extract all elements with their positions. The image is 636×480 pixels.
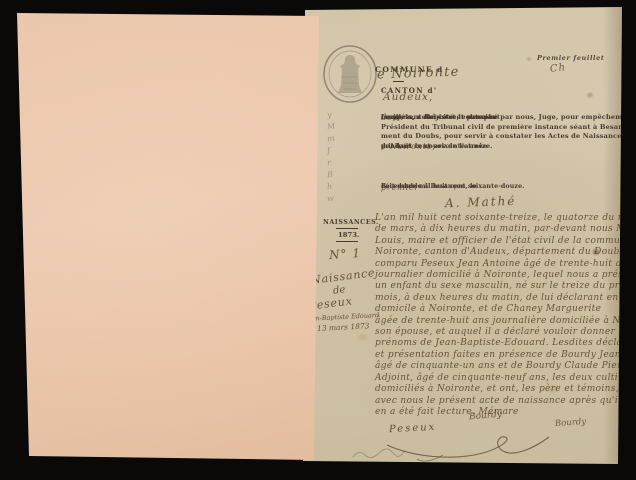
act-line: domicile à Noironte, et de Chaney Margue… xyxy=(375,304,621,315)
birth-act-body: L'an mil huit cent soixante-treize, le q… xyxy=(375,213,621,418)
pencil-mark: m xyxy=(326,133,335,143)
pencil-marginalia: y M m f r B h w xyxy=(327,110,335,203)
pencil-mark: M xyxy=(326,121,335,131)
signature-flourish-icon xyxy=(383,431,553,464)
margin-rule xyxy=(336,241,358,242)
paragraph-text: feuillets, celui-ci et le dernier xyxy=(381,113,496,123)
act-line: Louis, maire et officier de l'état civil… xyxy=(375,236,621,247)
pencil-mark: r xyxy=(326,157,335,167)
act-line: comparu Peseux Jean Antoine âgé de trent… xyxy=(375,259,621,270)
witness-signature: Bourdy xyxy=(555,417,587,429)
act-number: N° 1 xyxy=(329,246,362,262)
pencil-mark: f xyxy=(326,145,335,155)
act-line: et présentation faites en présence de Bo… xyxy=(375,350,621,361)
canton-value-handwritten: Audeux, xyxy=(383,91,433,103)
margin-rule xyxy=(336,228,358,229)
act-line: L'an mil huit cent soixante-treize, le q… xyxy=(375,213,621,224)
act-line: journalier domicilié à Noironte, lequel … xyxy=(375,270,621,281)
act-line: Adjoint, âgé de cinquante-neuf ans, les … xyxy=(375,373,621,384)
premier-feuillet-label: Premier feuillet xyxy=(537,54,604,62)
paragraph-line: Président du Tribunal civil de première … xyxy=(381,123,619,133)
act-line: mois, à deux heures du matin, de lui déc… xyxy=(375,293,621,304)
commune-value-handwritten: e Noironte xyxy=(377,65,460,83)
witness-signature: Bourdy xyxy=(469,410,503,423)
year-label: 1873. xyxy=(338,231,359,239)
pencil-mark: B xyxy=(326,169,335,179)
naissances-heading: NAISSANCES. xyxy=(323,218,379,226)
paragraph-line: ment du Doubs, pour servir à constater l… xyxy=(381,132,619,142)
register-declaration-paragraph: Le présent Registre, contenant deux feui… xyxy=(381,113,619,152)
register-page: y M m f r B h w Premier feuillet Ch COMM… xyxy=(303,7,622,464)
act-line: Noironte, canton d'Audeux, département d… xyxy=(375,247,621,258)
paragraph-text: pendant le cours de l'année xyxy=(381,142,487,152)
commune-line: COMMUNE d e Noironte xyxy=(375,65,460,84)
act-line: âgé de cinquante-un ans et de Bourdy Cla… xyxy=(375,361,621,372)
pencil-squiggle-icon xyxy=(351,447,407,461)
header-dash xyxy=(393,81,404,82)
act-line: son épouse, et auquel il a déclaré voulo… xyxy=(375,327,621,338)
canton-line: CANTON d' Audeux, xyxy=(381,86,433,105)
act-line: de mars, à dix heures du matin, par-deva… xyxy=(375,224,621,235)
act-line: âgée de trente-huit ans journalière domi… xyxy=(375,316,621,327)
revenue-stamp-icon xyxy=(322,43,378,105)
fait-double-text: décembre mil huit cent soixante-douze. xyxy=(381,183,524,190)
act-line: domiciliés à Noironte, et ont, les père … xyxy=(375,384,621,395)
pencil-mark: h xyxy=(326,181,335,191)
pencil-mark: y xyxy=(326,109,335,119)
pencil-mark: w xyxy=(326,193,335,203)
act-line: avec nous le présent acte de naissance a… xyxy=(375,396,621,407)
judge-paraph: Ch xyxy=(549,62,566,75)
act-line: un enfant du sexe masculin, né sur le tr… xyxy=(375,281,621,292)
judge-signature: A. Mathé xyxy=(445,194,517,210)
act-line: prénoms de Jean-Baptiste-Edouard. Lesdit… xyxy=(375,338,621,349)
